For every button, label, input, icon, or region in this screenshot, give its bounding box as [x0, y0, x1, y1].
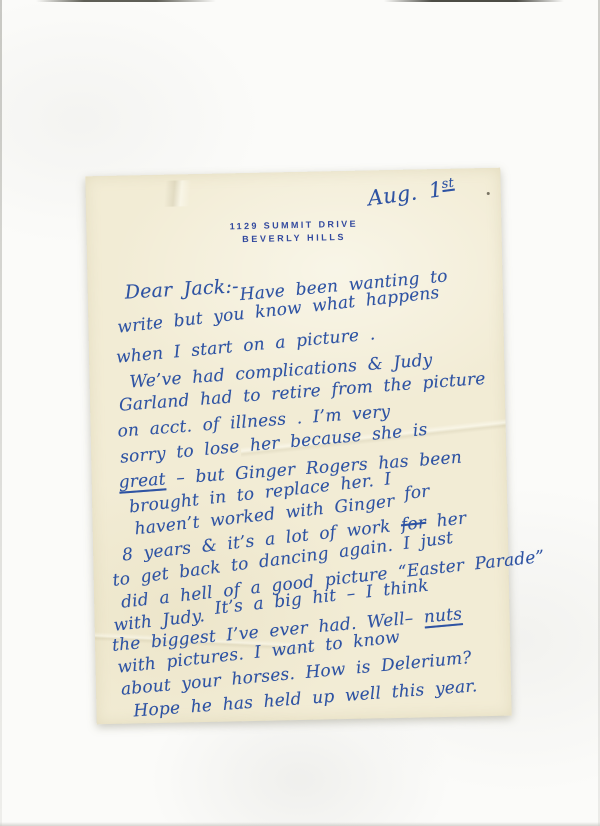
scanned-letter-photo: 1129 SUMMIT DRIVE BEVERLY HILLS Aug. 1st… [0, 0, 600, 826]
letter-body: Aug. 1stDear Jack:-Have been wanting tow… [85, 168, 500, 177]
paper-speck [487, 192, 490, 195]
text-segment: great [118, 469, 166, 492]
date-handwritten: Aug. 1st [366, 176, 456, 211]
scan-edge-top [0, 0, 600, 2]
text-segment: Aug. 1 [366, 177, 443, 210]
text-segment: for [403, 481, 430, 504]
text-segment: Dear Jack:- [124, 275, 239, 303]
paper-crease [85, 179, 266, 209]
letterhead: 1129 SUMMIT DRIVE BEVERLY HILLS [86, 216, 501, 248]
salutation: Dear Jack:- [124, 275, 239, 303]
text-segment: nuts [423, 604, 463, 627]
text-segment: st [441, 176, 455, 192]
scan-edge-left [0, 0, 2, 826]
letter-paper: 1129 SUMMIT DRIVE BEVERLY HILLS Aug. 1st… [85, 168, 511, 725]
scan-edge-bottom [0, 822, 600, 826]
